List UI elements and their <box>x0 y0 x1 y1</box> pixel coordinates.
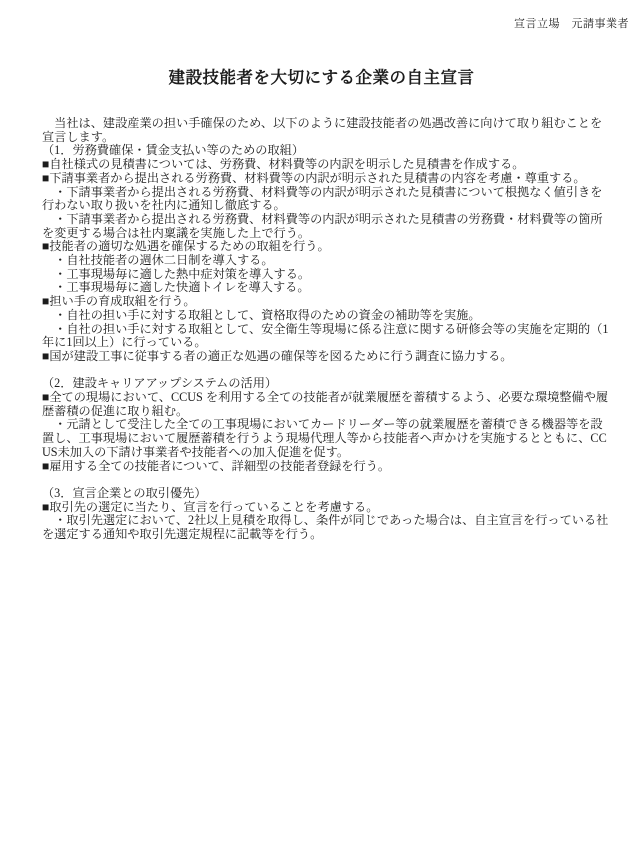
section-1-item: ・自社の担い手に対する取組として、資格取得のための資金の補助等を実施。 <box>42 309 614 323</box>
section-1-item: ■国が建設工事に従事する者の適正な処遇の確保等を図るために行う調査に協力する。 <box>42 350 614 364</box>
section-2-item: ■全ての現場において、CCUS を利用する全ての技能者が就業履歴を蓄積するよう、… <box>42 391 614 418</box>
section-3-item: ・取引先選定において、2社以上見積を取得し、条件が同じであった場合は、自主宣言を… <box>42 514 614 541</box>
document-title: 建設技能者を大切にする企業の自主宣言 <box>0 68 643 88</box>
section-2-heading: （2．建設キャリアアップシステムの活用） <box>42 377 614 391</box>
section-2-item: ■雇用する全ての技能者について、詳細型の技能者登録を行う。 <box>42 460 614 474</box>
section-1-item: ■技能者の適切な処遇を確保するための取組を行う。 <box>42 240 614 254</box>
section-1-item: ■担い手の育成取組を行う。 <box>42 295 614 309</box>
section-2-item: ・元請として受注した全ての工事現場においてカードリーダー等の就業履歴を蓄積できる… <box>42 418 614 459</box>
intro-paragraph: 当社は、建設産業の担い手確保のため、以下のように建設技能者の処遇改善に向けて取り… <box>42 117 614 144</box>
section-1-item: ・下請事業者から提出される労務費、材料費等の内訳が明示された見積書の労務費・材料… <box>42 213 614 240</box>
section-3-heading: （3．宣言企業との取引優先） <box>42 487 614 501</box>
declaration-position-label: 宣言立場 元請事業者 <box>514 17 629 31</box>
section-1-item: ・下請事業者から提出される労務費、材料費等の内訳が明示された見積書について根拠な… <box>42 186 614 213</box>
document-body: 当社は、建設産業の担い手確保のため、以下のように建設技能者の処遇改善に向けて取り… <box>42 117 614 542</box>
section-1-item: ■自社様式の見積書については、労務費、材料費等の内訳を明示した見積書を作成する。 <box>42 158 614 172</box>
section-1-item: ・自社技能者の週休二日制を導入する。 <box>42 254 614 268</box>
document-page: 宣言立場 元請事業者 建設技能者を大切にする企業の自主宣言 当社は、建設産業の担… <box>0 0 643 856</box>
section-1-item: ■下請事業者から提出される労務費、材料費等の内訳が明示された見積書の内容を考慮・… <box>42 172 614 186</box>
section-1-item: ・自社の担い手に対する取組として、安全衛生等現場に係る注意に関する研修会等の実施… <box>42 323 614 350</box>
